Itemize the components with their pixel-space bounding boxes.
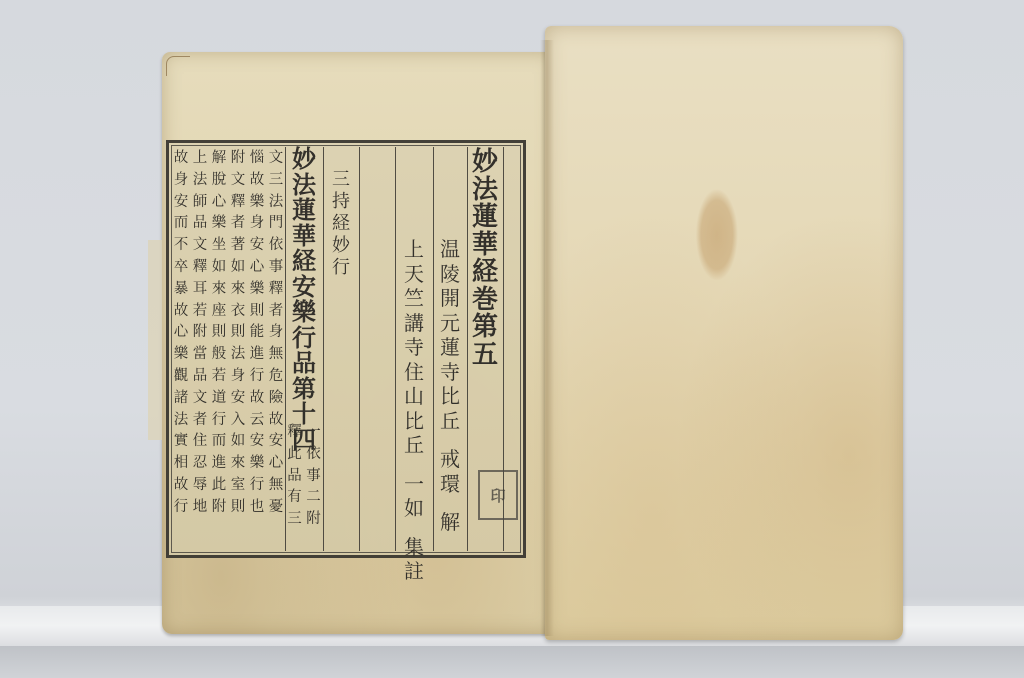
glyph: 法 bbox=[231, 347, 246, 369]
glyph: 衣 bbox=[231, 304, 246, 326]
glyph: 般 bbox=[212, 347, 227, 369]
glyph: 無 bbox=[269, 478, 284, 500]
glyph: 來 bbox=[231, 282, 246, 304]
volume-title: 妙法蓮華経巻第五 bbox=[467, 149, 503, 369]
glyph: 法 bbox=[269, 195, 284, 217]
glyph: 樂 bbox=[212, 216, 227, 238]
glyph: 経 bbox=[472, 259, 498, 287]
glyph: 此 bbox=[287, 447, 302, 469]
glyph: 如 bbox=[231, 260, 246, 282]
book-spine bbox=[540, 40, 554, 636]
page-corner-curl bbox=[166, 56, 190, 76]
glyph: 門 bbox=[269, 216, 284, 238]
glyph: 卒 bbox=[174, 260, 189, 282]
glyph: 住 bbox=[404, 362, 424, 387]
glyph: 附 bbox=[212, 500, 227, 522]
glyph: 者 bbox=[231, 216, 246, 238]
glyph: 比 bbox=[404, 411, 424, 436]
glyph: 而 bbox=[212, 434, 227, 456]
glyph: 蓮 bbox=[472, 204, 498, 232]
glyph: 丘 bbox=[404, 435, 424, 460]
glyph: 惱 bbox=[250, 151, 265, 173]
chapter-note-left: 一依事二附 bbox=[304, 425, 323, 534]
glyph: 三 bbox=[332, 171, 350, 193]
glyph: 住 bbox=[193, 434, 208, 456]
glyph: 安 bbox=[174, 195, 189, 217]
commentary-column: 惱故樂身安心樂則能進行故云安樂行也 bbox=[248, 151, 266, 522]
glyph: 文 bbox=[193, 238, 208, 260]
glyph: 危 bbox=[269, 369, 284, 391]
glyph: 心 bbox=[212, 195, 227, 217]
glyph: 地 bbox=[193, 500, 208, 522]
glyph: 安 bbox=[250, 434, 265, 456]
commentary-column: 解脫心樂坐如來座則般若道行而進此附 bbox=[210, 151, 228, 522]
glyph: 文 bbox=[269, 151, 284, 173]
glyph: 相 bbox=[174, 456, 189, 478]
glyph: 事 bbox=[269, 260, 284, 282]
glyph: 釋 bbox=[193, 260, 208, 282]
sub-heading: 三持経妙行 bbox=[323, 171, 359, 281]
seal-stamp: 印 bbox=[478, 470, 518, 520]
glyph: 集 bbox=[404, 537, 424, 562]
glyph: 元 bbox=[440, 313, 460, 338]
glyph: 釋 bbox=[231, 195, 246, 217]
commentary-column: 上法師品文釋耳若附當品文者住忍辱地 bbox=[191, 151, 209, 522]
glyph: 則 bbox=[250, 304, 265, 326]
glyph: 室 bbox=[231, 478, 246, 500]
underlying-page-margin bbox=[148, 240, 162, 440]
glyph: 法 bbox=[472, 177, 498, 205]
commentary-column: 文三法門依事釋者身無危險故安心無憂 bbox=[267, 151, 285, 522]
glyph: 附 bbox=[231, 151, 246, 173]
glyph: 觀 bbox=[174, 369, 189, 391]
glyph: 樂 bbox=[250, 456, 265, 478]
glyph: 險 bbox=[269, 391, 284, 413]
glyph: 事 bbox=[306, 469, 321, 491]
glyph: 樂 bbox=[174, 347, 189, 369]
glyph: 不 bbox=[174, 238, 189, 260]
glyph: 師 bbox=[193, 195, 208, 217]
glyph: 寺 bbox=[440, 362, 460, 387]
glyph: 心 bbox=[250, 260, 265, 282]
glyph: 心 bbox=[174, 325, 189, 347]
glyph: 丘 bbox=[440, 411, 460, 436]
glyph: 也 bbox=[250, 500, 265, 522]
author-line-2: 上天竺講寺住山比丘一如集註 bbox=[395, 239, 433, 586]
glyph: 心 bbox=[269, 456, 284, 478]
glyph: 温 bbox=[440, 239, 460, 264]
glyph: 著 bbox=[231, 238, 246, 260]
glyph: 釋 bbox=[287, 425, 302, 447]
glyph: 陵 bbox=[440, 264, 460, 289]
glyph: 戒 bbox=[440, 449, 460, 474]
glyph: 進 bbox=[212, 456, 227, 478]
glyph: 樂 bbox=[250, 195, 265, 217]
commentary-column: 故身安而不卒暴故心樂觀諸法實相故行 bbox=[172, 151, 190, 522]
glyph: 附 bbox=[193, 325, 208, 347]
glyph: 如 bbox=[404, 498, 424, 523]
glyph: 華 bbox=[472, 232, 498, 260]
chapter-note-right: 釋此品有三 bbox=[285, 425, 304, 534]
glyph: 此 bbox=[212, 478, 227, 500]
glyph: 法 bbox=[174, 413, 189, 435]
glyph: 安 bbox=[269, 434, 284, 456]
glyph: 解 bbox=[212, 151, 227, 173]
right-page bbox=[545, 26, 903, 640]
glyph: 品 bbox=[193, 216, 208, 238]
glyph: 文 bbox=[231, 173, 246, 195]
glyph: 云 bbox=[250, 413, 265, 435]
glyph: 安 bbox=[231, 391, 246, 413]
commentary-column: 附文釋者著如來衣則法身安入如來室則 bbox=[229, 151, 247, 522]
glyph: 則 bbox=[231, 500, 246, 522]
glyph: 妙 bbox=[292, 147, 316, 173]
glyph: 身 bbox=[269, 325, 284, 347]
glyph: 行 bbox=[332, 259, 350, 281]
shelf-shadow bbox=[0, 646, 1024, 678]
glyph: 二 bbox=[306, 490, 321, 512]
glyph: 能 bbox=[250, 325, 265, 347]
glyph: 持 bbox=[332, 193, 350, 215]
glyph: 如 bbox=[212, 260, 227, 282]
glyph: 妙 bbox=[332, 237, 350, 259]
glyph: 身 bbox=[231, 369, 246, 391]
seal-text: 印 bbox=[490, 485, 505, 506]
glyph: 若 bbox=[193, 304, 208, 326]
chapter-title: 妙法蓮華経安樂行品第十四 bbox=[285, 147, 323, 453]
glyph: 則 bbox=[212, 325, 227, 347]
glyph: 文 bbox=[193, 391, 208, 413]
glyph: 註 bbox=[404, 561, 424, 586]
glyph: 行 bbox=[174, 500, 189, 522]
glyph: 法 bbox=[193, 173, 208, 195]
glyph: 依 bbox=[269, 238, 284, 260]
glyph: 釋 bbox=[269, 282, 284, 304]
glyph: 當 bbox=[193, 347, 208, 369]
glyph: 経 bbox=[292, 249, 316, 275]
glyph: 故 bbox=[250, 391, 265, 413]
glyph: 品 bbox=[193, 369, 208, 391]
glyph: 三 bbox=[287, 512, 302, 534]
glyph: 行 bbox=[212, 413, 227, 435]
glyph: 品 bbox=[287, 469, 302, 491]
glyph: 忍 bbox=[193, 456, 208, 478]
glyph: 無 bbox=[269, 347, 284, 369]
glyph: 上 bbox=[193, 151, 208, 173]
glyph: 上 bbox=[404, 239, 424, 264]
glyph: 講 bbox=[404, 313, 424, 338]
glyph: 開 bbox=[440, 288, 460, 313]
author-line-1: 温陵開元蓮寺比丘戒環解 bbox=[433, 239, 467, 537]
glyph: 如 bbox=[231, 434, 246, 456]
glyph: 者 bbox=[193, 413, 208, 435]
glyph: 耳 bbox=[193, 282, 208, 304]
glyph: 脫 bbox=[212, 173, 227, 195]
glyph: 諸 bbox=[174, 391, 189, 413]
glyph: 身 bbox=[250, 216, 265, 238]
glyph: 則 bbox=[231, 325, 246, 347]
glyph: 天 bbox=[404, 264, 424, 289]
glyph: 樂 bbox=[292, 300, 316, 326]
glyph: 樂 bbox=[250, 282, 265, 304]
glyph: 三 bbox=[269, 173, 284, 195]
glyph: 憂 bbox=[269, 500, 284, 522]
glyph: 者 bbox=[269, 304, 284, 326]
glyph: 故 bbox=[174, 151, 189, 173]
glyph: 行 bbox=[250, 369, 265, 391]
glyph: 比 bbox=[440, 386, 460, 411]
glyph: 故 bbox=[174, 304, 189, 326]
glyph: 來 bbox=[231, 456, 246, 478]
glyph: 一 bbox=[404, 474, 424, 499]
glyph: 安 bbox=[250, 238, 265, 260]
glyph: 座 bbox=[212, 304, 227, 326]
glyph: 若 bbox=[212, 369, 227, 391]
glyph: 巻 bbox=[472, 287, 498, 315]
glyph: 故 bbox=[250, 173, 265, 195]
glyph: 解 bbox=[440, 512, 460, 537]
column-divider bbox=[359, 147, 360, 551]
glyph: 一 bbox=[306, 425, 321, 447]
glyph: 妙 bbox=[472, 149, 498, 177]
glyph: 蓮 bbox=[440, 337, 460, 362]
glyph: 行 bbox=[250, 478, 265, 500]
glyph: 環 bbox=[440, 474, 460, 499]
glyph: 故 bbox=[174, 478, 189, 500]
glyph: 第 bbox=[472, 314, 498, 342]
glyph: 山 bbox=[404, 386, 424, 411]
glyph: 蓮 bbox=[292, 198, 316, 224]
glyph: 故 bbox=[269, 413, 284, 435]
glyph: 寺 bbox=[404, 337, 424, 362]
glyph: 依 bbox=[306, 447, 321, 469]
glyph: 竺 bbox=[404, 288, 424, 313]
glyph: 有 bbox=[287, 490, 302, 512]
glyph: 來 bbox=[212, 282, 227, 304]
glyph: 身 bbox=[174, 173, 189, 195]
glyph: 進 bbox=[250, 347, 265, 369]
glyph: 入 bbox=[231, 413, 246, 435]
glyph: 實 bbox=[174, 434, 189, 456]
glyph: 五 bbox=[472, 342, 498, 370]
glyph: 辱 bbox=[193, 478, 208, 500]
glyph: 道 bbox=[212, 391, 227, 413]
glyph: 而 bbox=[174, 216, 189, 238]
glyph: 品 bbox=[292, 351, 316, 377]
woodblock-print-frame: 妙法蓮華経巻第五 温陵開元蓮寺比丘戒環解 上天竺講寺住山比丘一如集註 三持経妙行… bbox=[166, 140, 526, 558]
glyph: 暴 bbox=[174, 282, 189, 304]
glyph: 経 bbox=[332, 215, 350, 237]
glyph: 附 bbox=[306, 512, 321, 534]
glyph: 坐 bbox=[212, 238, 227, 260]
